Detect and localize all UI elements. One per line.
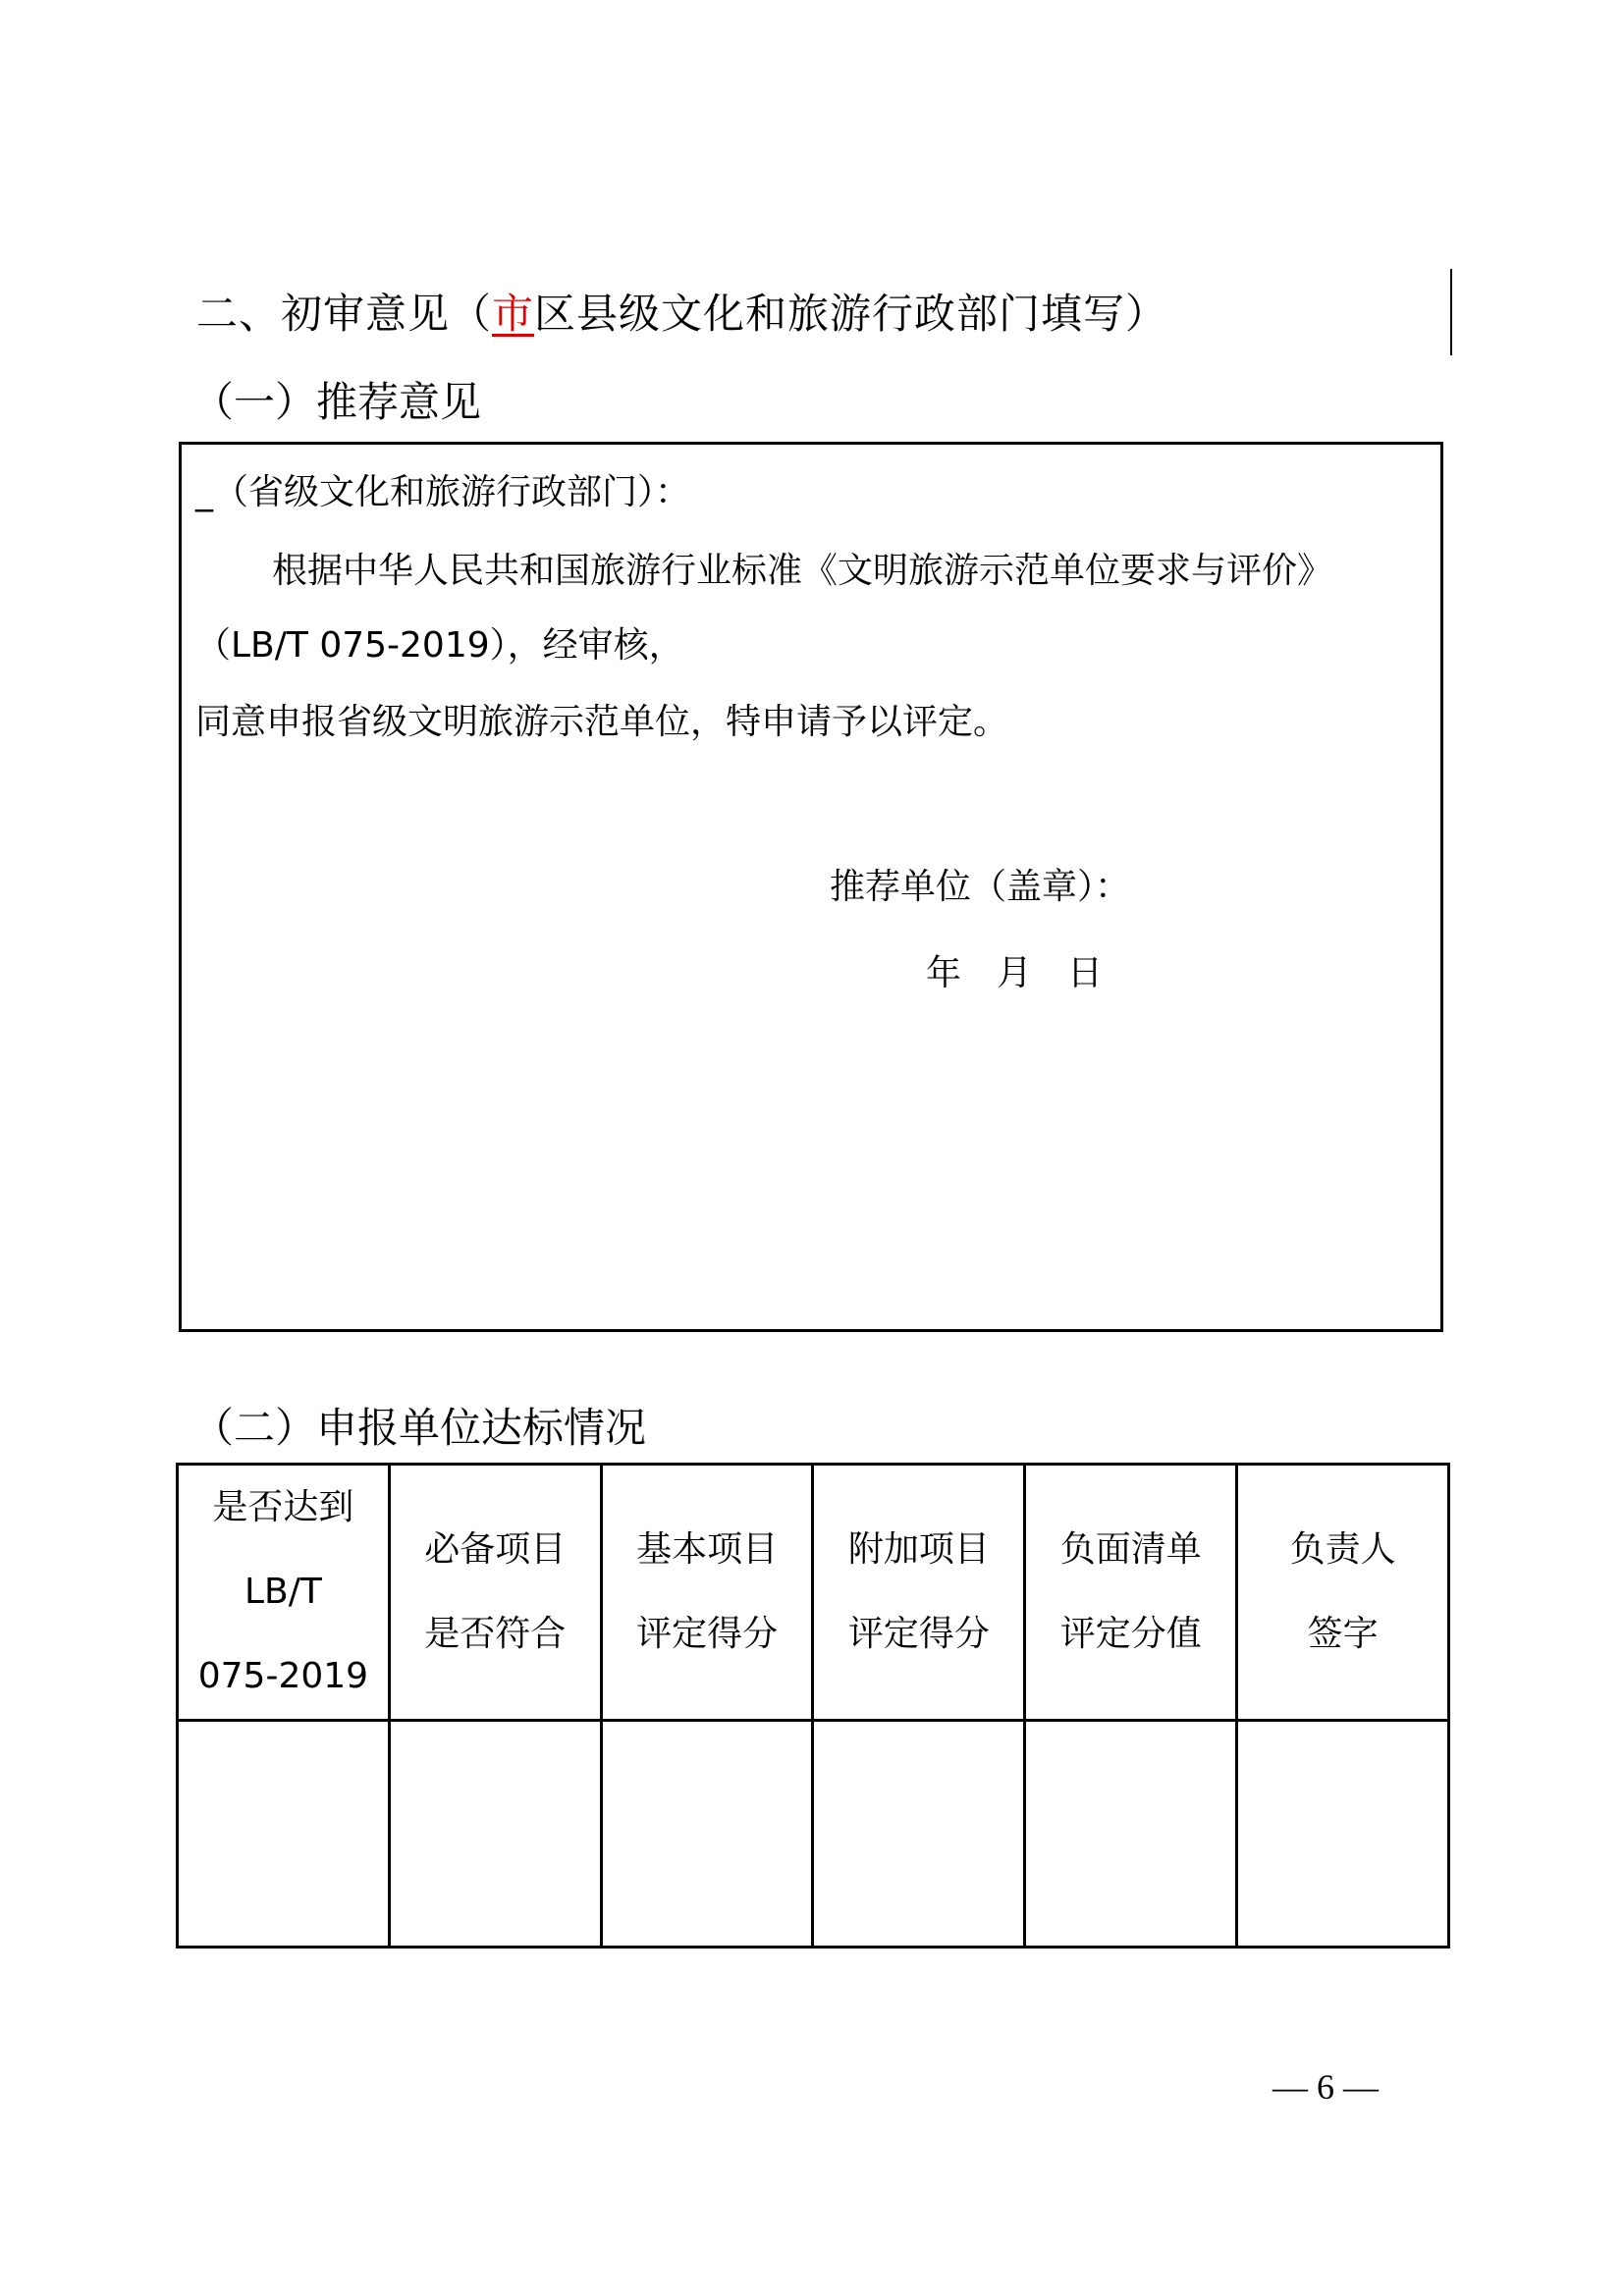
subsection-2-title: （二）申报单位达标情况 (192, 1401, 646, 1456)
recommendation-box: _（省级文化和旅游行政部门）： 根据中华人民共和国旅游行业标准《文明旅游示范单位… (179, 442, 1443, 1332)
body-line-1: 根据中华人民共和国旅游行业标准《文明旅游示范单位要求与评价》 (272, 548, 1332, 595)
table-header-row: 是否达到 LB/T 075-2019 必备项目 是否符合 基本项目 评定得分 附… (178, 1465, 1449, 1721)
compliance-table: 是否达到 LB/T 075-2019 必备项目 是否符合 基本项目 评定得分 附… (176, 1463, 1450, 1949)
section-title-highlight: 市 (492, 290, 534, 338)
cell-additional-items[interactable] (813, 1721, 1025, 1948)
body-line-2: （LB/T 075-2019），经审核， (195, 622, 684, 669)
header-cell-signature: 负责人 签字 (1237, 1465, 1449, 1721)
cell-signature[interactable] (1237, 1721, 1449, 1948)
cell-standard[interactable] (178, 1721, 390, 1948)
header-cell-negative-list: 负面清单 评定分值 (1025, 1465, 1237, 1721)
header-cell-required-items: 必备项目 是否符合 (389, 1465, 601, 1721)
section-title-prefix: 二、初审意见（ (196, 290, 492, 338)
margin-rule (1450, 269, 1452, 355)
page-number: — 6 — (1272, 2065, 1379, 2109)
section-title-suffix: 区县级文化和旅游行政部门填写） (534, 290, 1167, 338)
cell-basic-items[interactable] (601, 1721, 813, 1948)
signature-label: 推荐单位（盖章）： (830, 864, 1130, 911)
body-line-3: 同意申报省级文明旅游示范单位，特申请予以评定。 (195, 699, 1008, 746)
subsection-1-title: （一）推荐意见 (192, 375, 481, 430)
header-cell-basic-items: 基本项目 评定得分 (601, 1465, 813, 1721)
section-title: 二、初审意见（市区县级文化和旅游行政部门填写） (196, 287, 1167, 342)
table-row (178, 1721, 1449, 1948)
date-label: 年 月 日 (926, 950, 1103, 997)
addressee-line: _（省级文化和旅游行政部门）： (195, 469, 690, 516)
header-cell-additional-items: 附加项目 评定得分 (813, 1465, 1025, 1721)
cell-negative-list[interactable] (1025, 1721, 1237, 1948)
header-cell-standard: 是否达到 LB/T 075-2019 (178, 1465, 390, 1721)
cell-required-items[interactable] (389, 1721, 601, 1948)
